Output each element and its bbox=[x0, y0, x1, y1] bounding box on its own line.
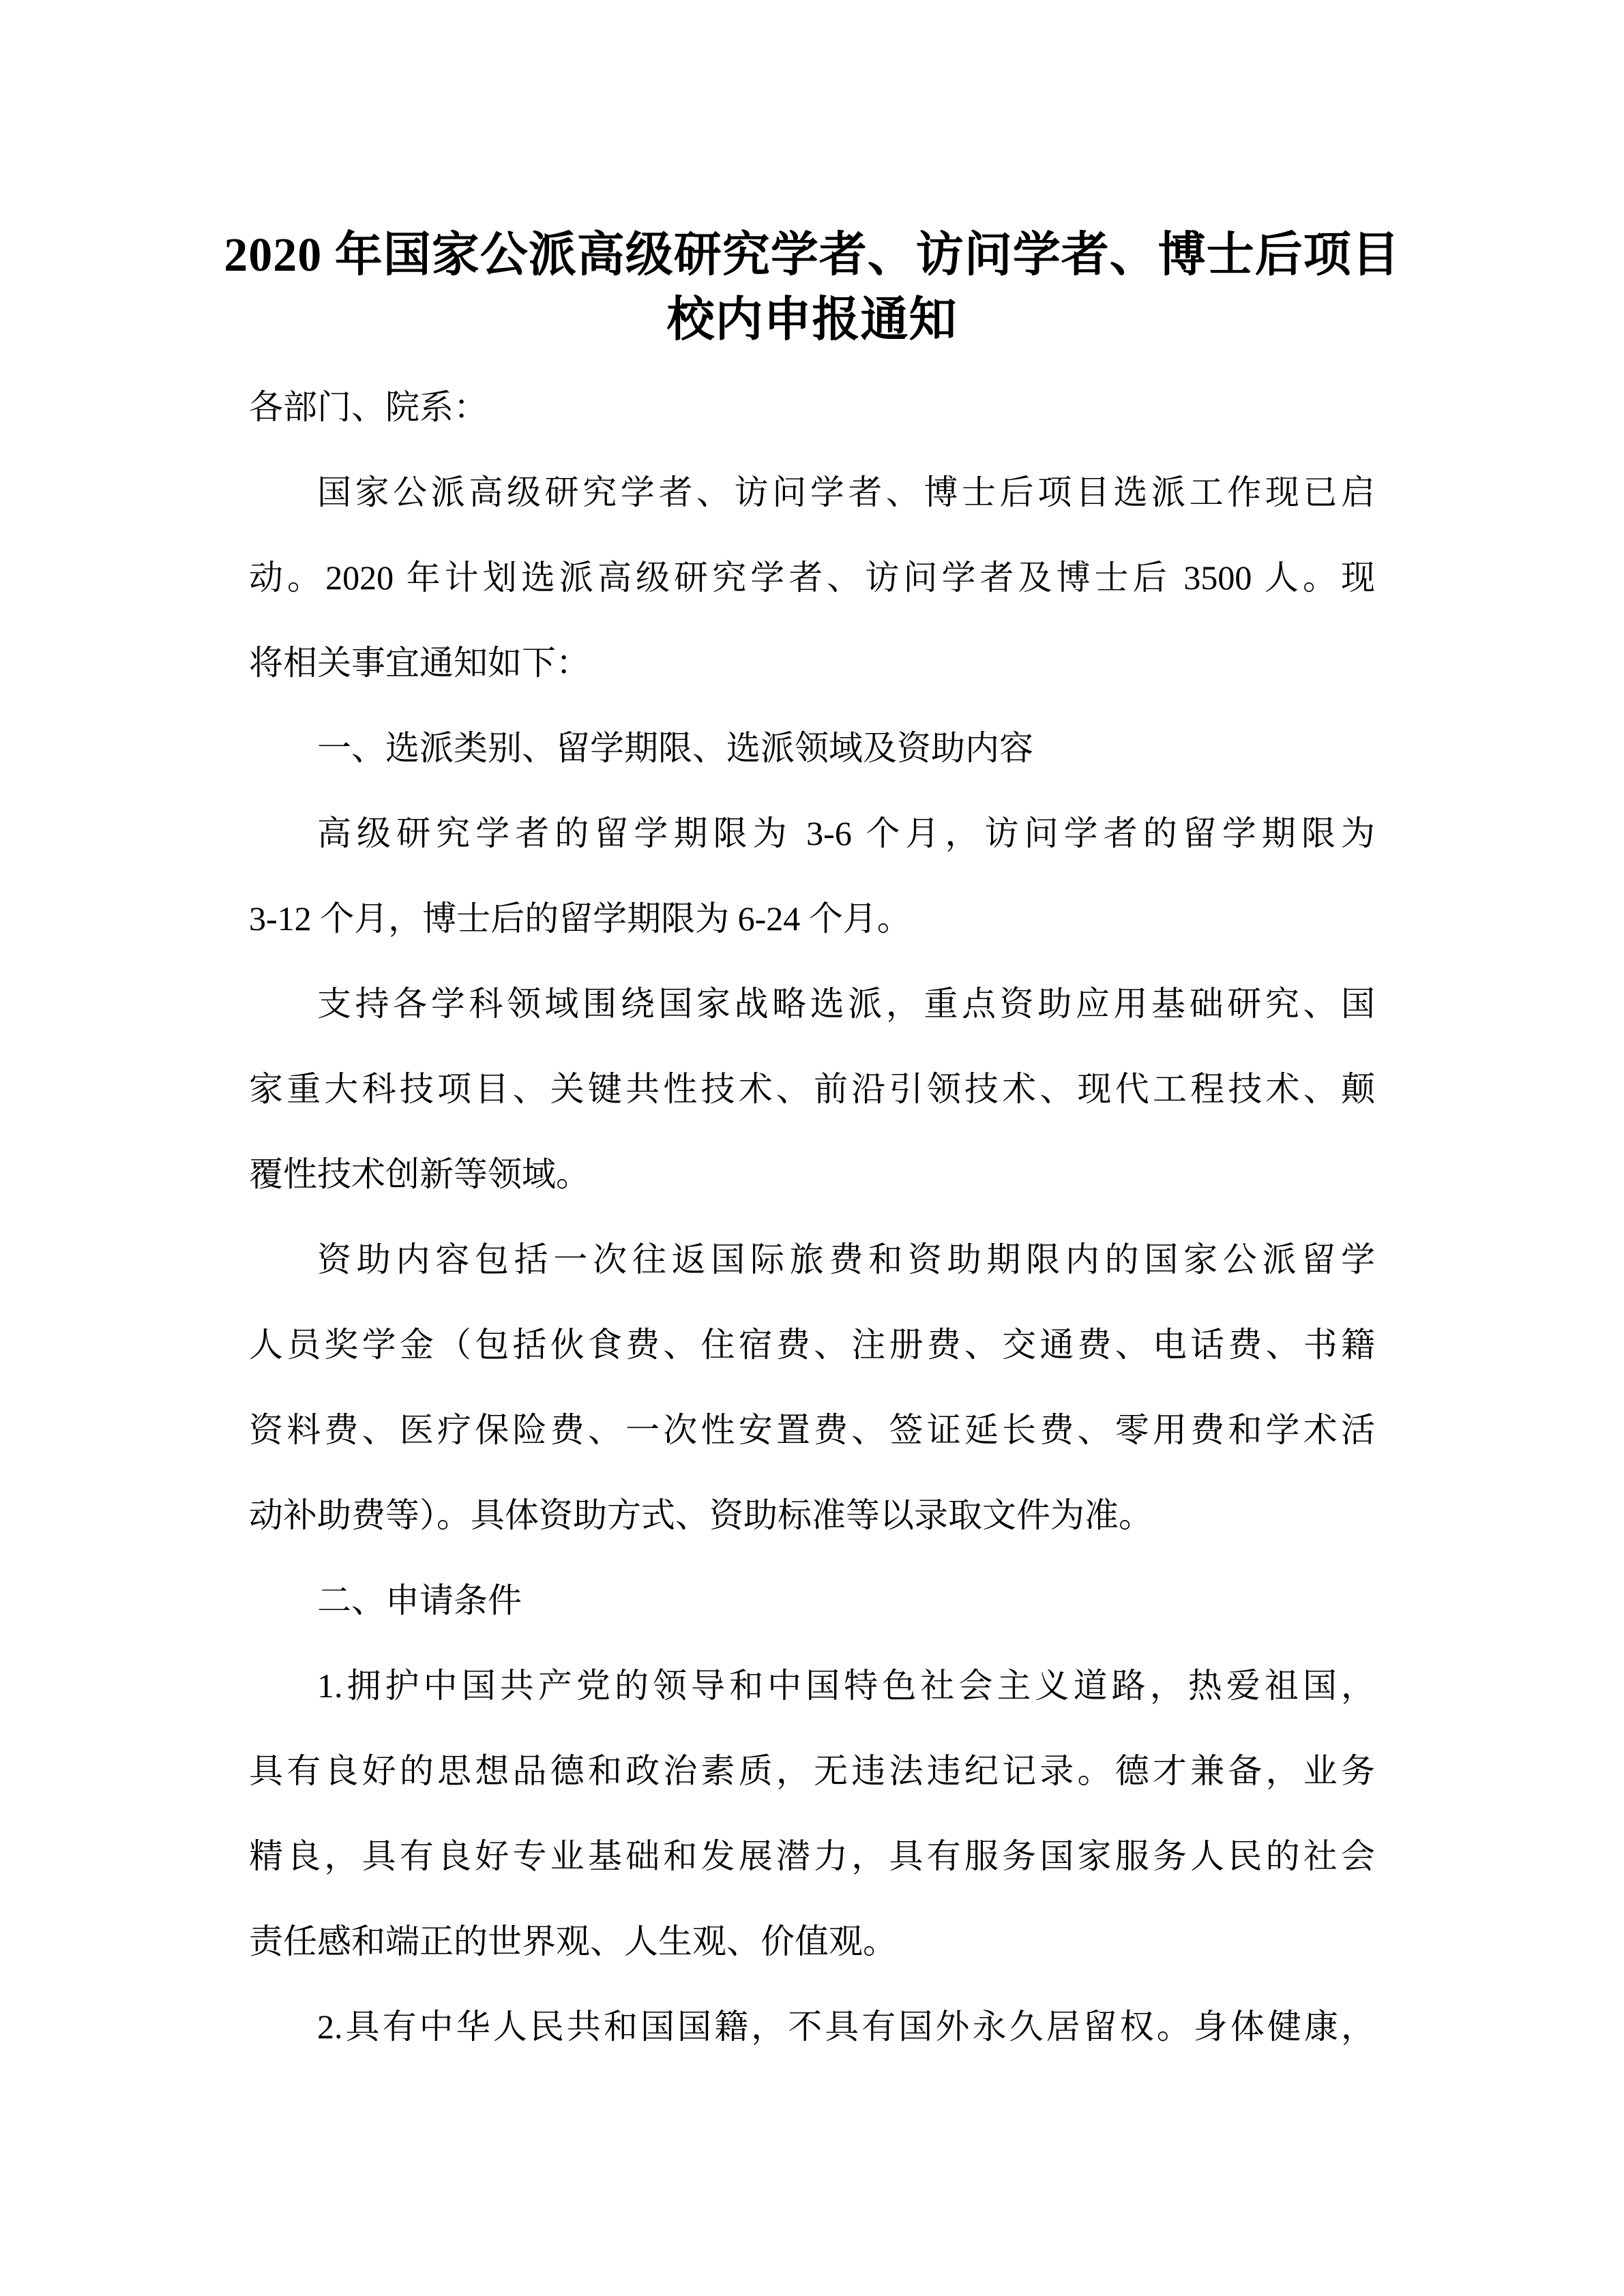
body-line: 动。2020 年计划选派高级研究学者、访问学者及博士后 3500 人。现 bbox=[249, 535, 1375, 621]
body-line: 覆性技术创新等领域。 bbox=[249, 1132, 1375, 1217]
body-line: 支持各学科领域围绕国家战略选派，重点资助应用基础研究、国 bbox=[249, 961, 1375, 1047]
body-line: 将相关事宜通知如下： bbox=[249, 621, 1375, 706]
document-page: 2020 年国家公派高级研究学者、访问学者、博士后项目 校内申报通知 各部门、院… bbox=[0, 0, 1624, 2296]
body-line: 资助内容包括一次往返国际旅费和资助期限内的国家公派留学 bbox=[249, 1217, 1375, 1302]
document-body: 各部门、院系：国家公派高级研究学者、访问学者、博士后项目选派工作现已启动。202… bbox=[249, 365, 1375, 2070]
body-line: 精良，具有良好专业基础和发展潜力，具有服务国家服务人民的社会 bbox=[249, 1814, 1375, 1899]
body-line: 具有良好的思想品德和政治素质，无违法违纪记录。德才兼备，业务 bbox=[249, 1729, 1375, 1814]
title-line-1: 2020 年国家公派高级研究学者、访问学者、博士后项目 bbox=[0, 223, 1624, 288]
body-line: 资料费、医疗保险费、一次性安置费、签证延长费、零用费和学术活 bbox=[249, 1388, 1375, 1473]
title-line-2: 校内申报通知 bbox=[0, 288, 1624, 353]
document-title: 2020 年国家公派高级研究学者、访问学者、博士后项目 校内申报通知 bbox=[0, 223, 1624, 353]
body-line: 责任感和端正的世界观、人生观、价值观。 bbox=[249, 1899, 1375, 1984]
body-line: 人员奖学金（包括伙食费、住宿费、注册费、交通费、电话费、书籍 bbox=[249, 1302, 1375, 1388]
body-line: 动补助费等）。具体资助方式、资助标准等以录取文件为准。 bbox=[249, 1473, 1375, 1558]
body-line: 二、申请条件 bbox=[249, 1558, 1375, 1643]
body-line: 2.具有中华人民共和国国籍，不具有国外永久居留权。身体健康， bbox=[249, 1984, 1375, 2070]
body-line: 各部门、院系： bbox=[249, 365, 1375, 450]
body-line: 1.拥护中国共产党的领导和中国特色社会主义道路，热爱祖国， bbox=[249, 1643, 1375, 1729]
body-line: 高级研究学者的留学期限为 3-6 个月，访问学者的留学期限为 bbox=[249, 791, 1375, 876]
body-line: 家重大科技项目、关键共性技术、前沿引领技术、现代工程技术、颠 bbox=[249, 1047, 1375, 1132]
body-line: 3-12 个月，博士后的留学期限为 6-24 个月。 bbox=[249, 876, 1375, 961]
body-line: 一、选派类别、留学期限、选派领域及资助内容 bbox=[249, 706, 1375, 791]
body-line: 国家公派高级研究学者、访问学者、博士后项目选派工作现已启 bbox=[249, 450, 1375, 535]
